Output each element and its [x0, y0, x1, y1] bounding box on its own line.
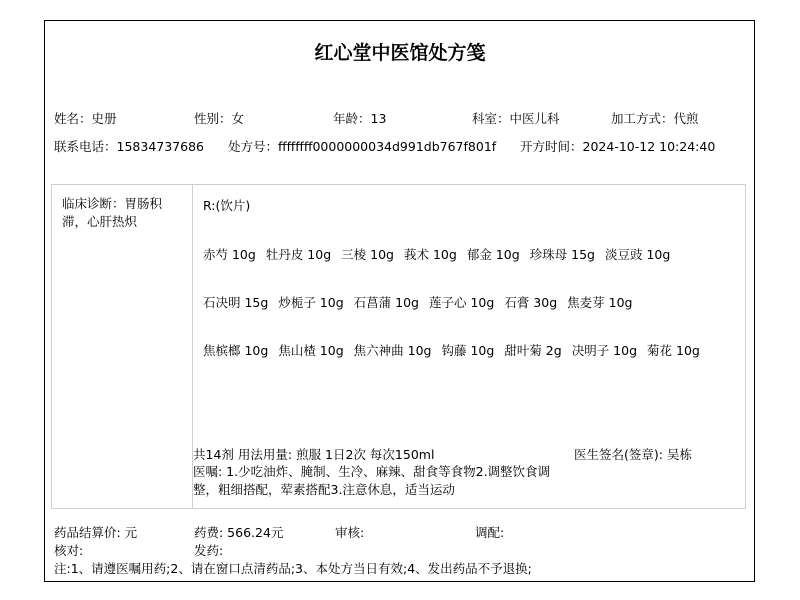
- herb-item: 焦山楂 10g: [278, 341, 343, 359]
- patient-name: 姓名：史册: [54, 109, 117, 127]
- herb-item: 焦槟榔 10g: [203, 341, 268, 359]
- herb-item: 焦麦芽 10g: [567, 293, 632, 311]
- settlement-price: 药品结算价: 元: [54, 523, 137, 541]
- processing-method: 加工方式：代煎: [611, 109, 699, 127]
- herb-item: 郁金 10g: [467, 245, 520, 263]
- patient-gender: 性别：女: [194, 109, 244, 127]
- department: 科室：中医儿科: [472, 109, 560, 127]
- prescription-body-box: 临床诊断：胃肠积滞，心肝热炽 R:(饮片) 赤芍 10g牡丹皮 10g三棱 10…: [51, 184, 746, 509]
- herb-item: 菊花 10g: [647, 341, 700, 359]
- page-title: 红心堂中医馆处方笺: [0, 38, 800, 65]
- contact-phone: 联系电话：15834737686: [54, 137, 204, 155]
- herb-item: 莪术 10g: [404, 245, 457, 263]
- herb-item: 石菖蒲 10g: [354, 293, 419, 311]
- herb-item: 石膏 30g: [504, 293, 557, 311]
- clinical-diagnosis: 临床诊断：胃肠积滞，心肝热炽: [62, 195, 186, 231]
- drug-fee: 药费: 566.24元: [194, 523, 283, 541]
- herb-item: 莲子心 10g: [429, 293, 494, 311]
- medical-advice: 医嘱: 1.少吃油炸、腌制、生冷、麻辣、甜食等食物2.调整饮食调整，粗细搭配，荤…: [193, 463, 573, 499]
- herb-item: 三棱 10g: [341, 245, 394, 263]
- prescription-time: 开方时间：2024-10-12 10:24:40: [520, 137, 715, 155]
- check-field: 核对:: [54, 541, 83, 559]
- herb-line-1: 赤芍 10g牡丹皮 10g三棱 10g莪术 10g郁金 10g珍珠母 15g淡豆…: [203, 245, 680, 263]
- herb-item: 淡豆豉 10g: [605, 245, 670, 263]
- herb-item: 焦六神曲 10g: [354, 341, 432, 359]
- rx-label: R:(饮片): [203, 196, 250, 214]
- herb-item: 决明子 10g: [572, 341, 637, 359]
- review-field: 审核:: [335, 523, 364, 541]
- dispense-mix-field: 调配:: [475, 523, 504, 541]
- issue-field: 发药:: [194, 541, 223, 559]
- herb-item: 甜叶菊 2g: [504, 341, 561, 359]
- herb-item: 赤芍 10g: [203, 245, 256, 263]
- patient-age: 年龄：13: [333, 109, 386, 127]
- usage-dosage: 共14剂 用法用量: 煎服 1日2次 每次150ml: [193, 445, 434, 463]
- herb-item: 牡丹皮 10g: [266, 245, 331, 263]
- herb-item: 炒栀子 10g: [278, 293, 343, 311]
- herb-item: 钩藤 10g: [441, 341, 494, 359]
- herb-item: 珍珠母 15g: [530, 245, 595, 263]
- herb-line-2: 石决明 15g炒栀子 10g石菖蒲 10g莲子心 10g石膏 30g焦麦芽 10…: [203, 293, 642, 311]
- herb-item: 石决明 15g: [203, 293, 268, 311]
- prescription-number: 处方号：ffffffff0000000034d991db767f801f: [228, 137, 496, 155]
- herb-line-3: 焦槟榔 10g焦山楂 10g焦六神曲 10g钩藤 10g甜叶菊 2g决明子 10…: [203, 341, 710, 359]
- footer-notes: 注:1、请遵医嘱用药;2、请在窗口点清药品;3、本处方当日有效;4、发出药品不予…: [54, 559, 532, 577]
- doctor-signature: 医生签名(签章): 吴栋: [574, 445, 692, 463]
